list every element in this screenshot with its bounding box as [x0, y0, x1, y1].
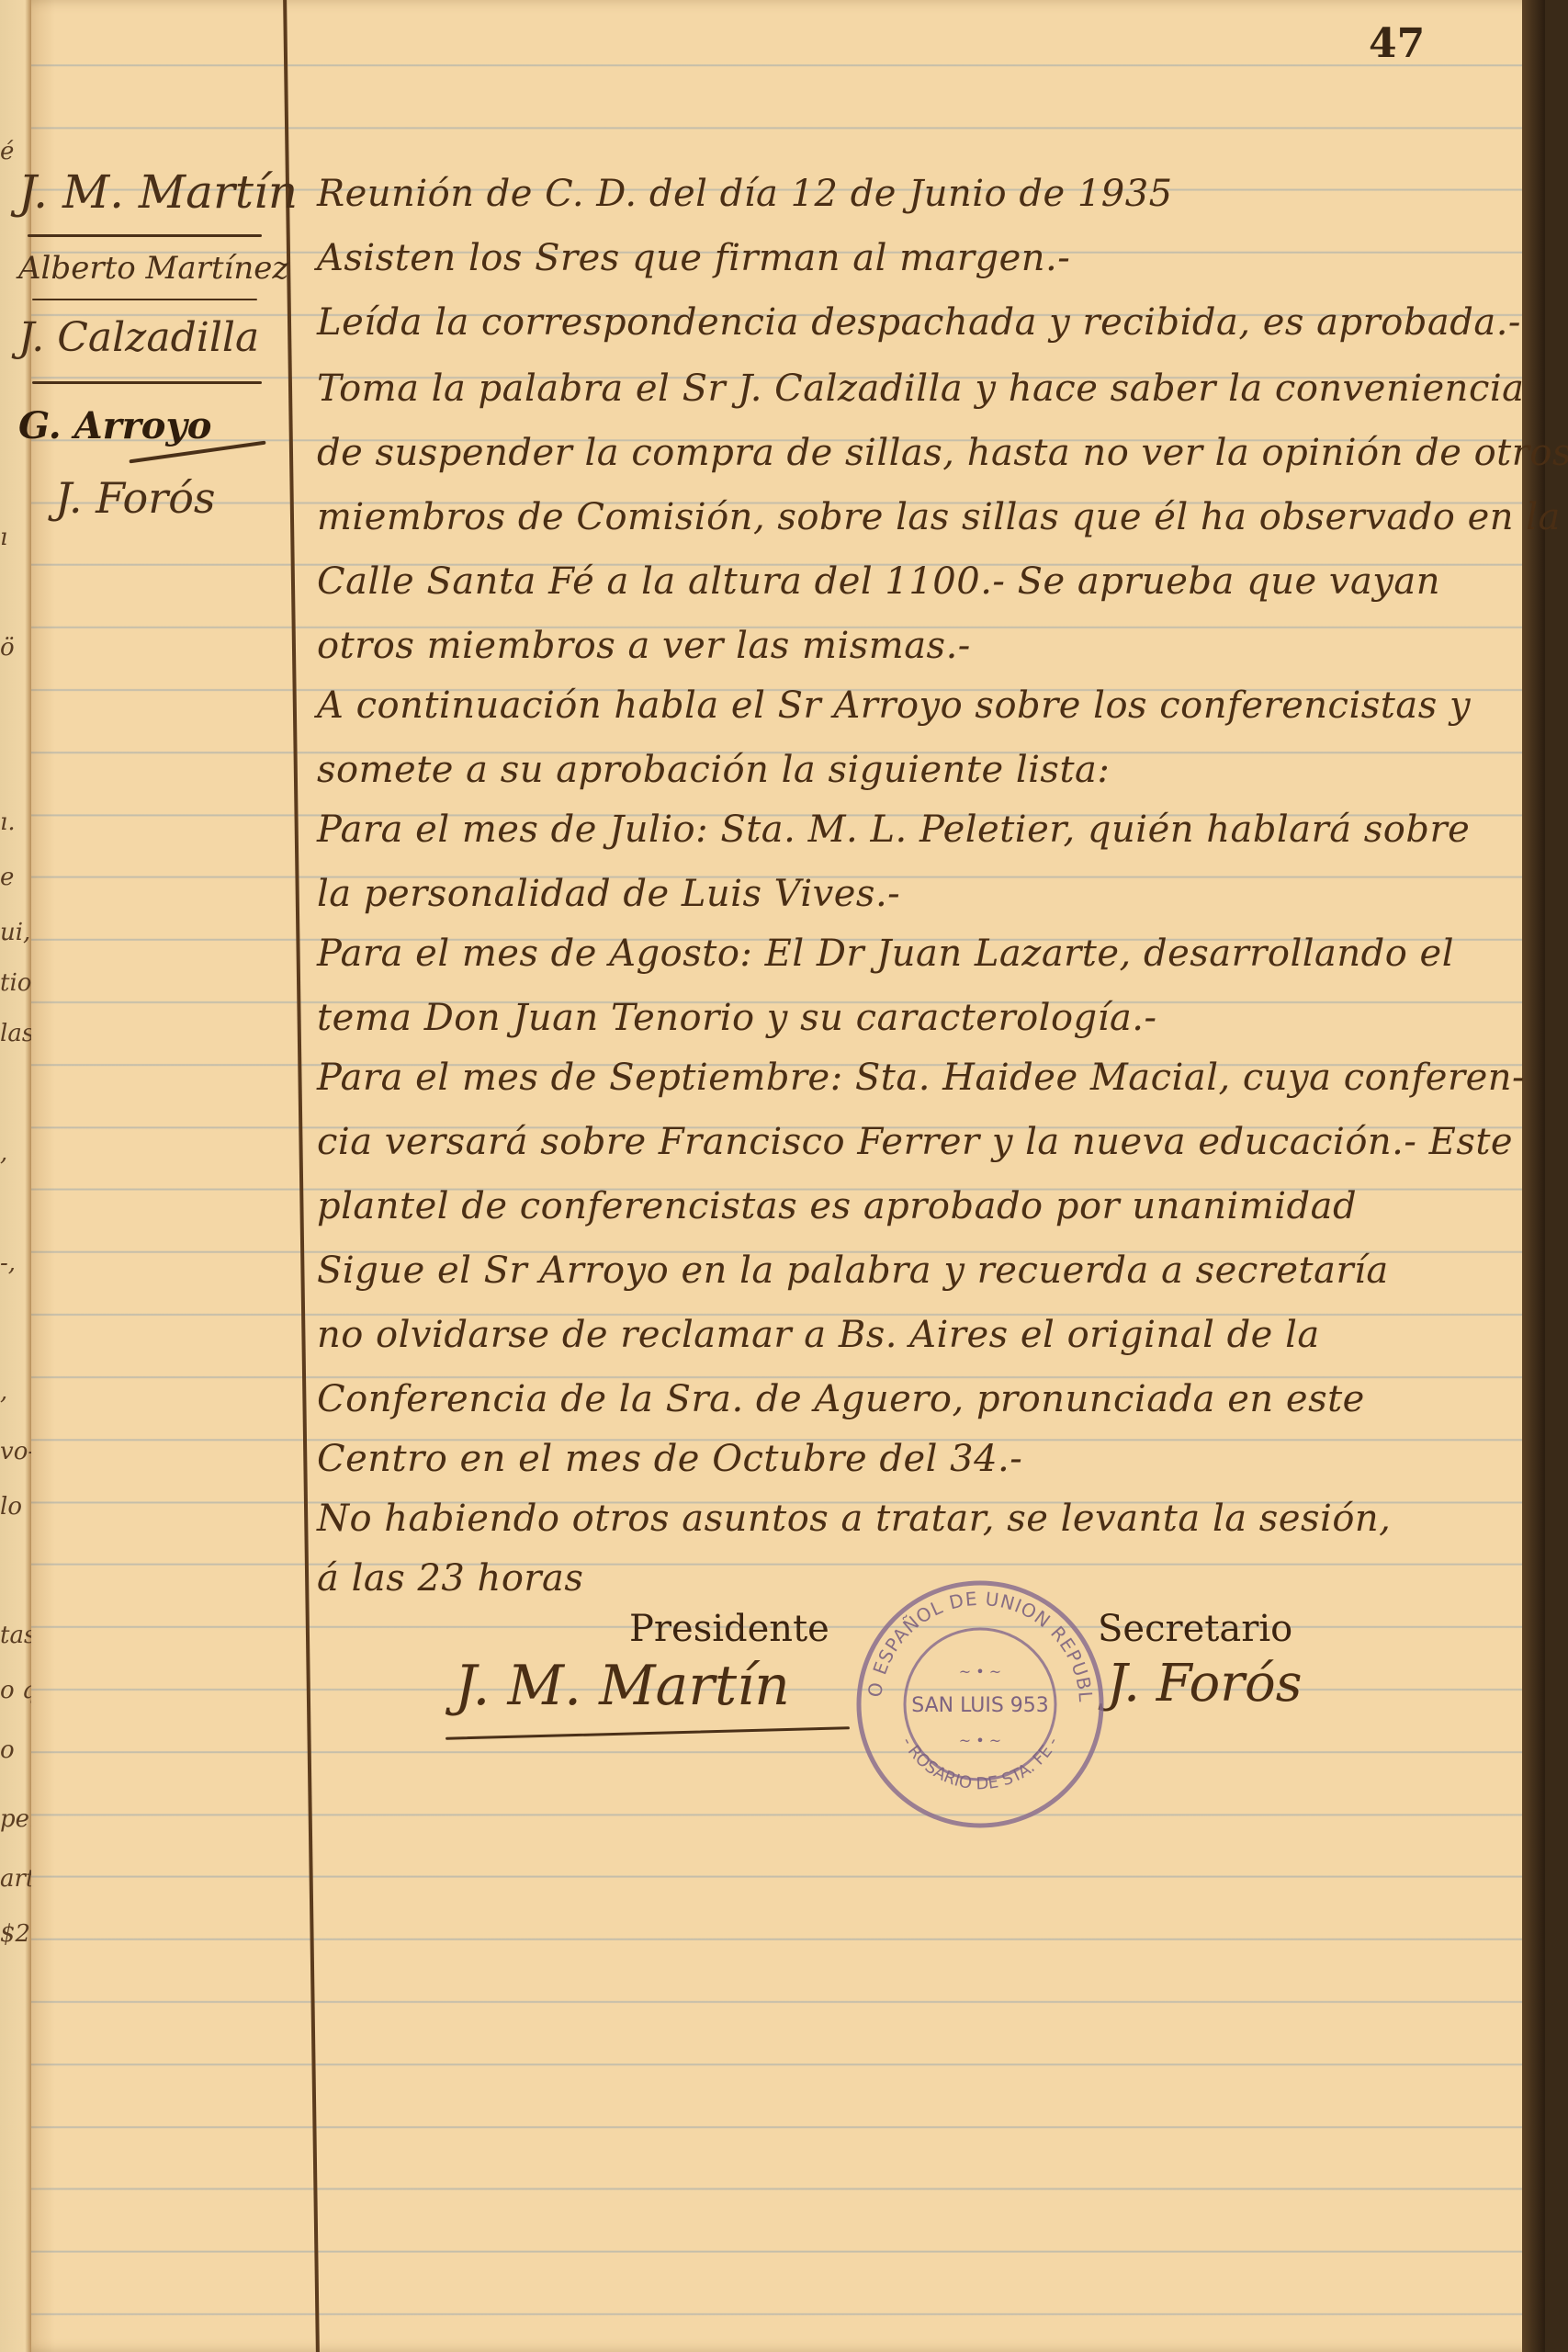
minutes-line: Para el mes de Julio: Sta. M. L. Peletie… [317, 808, 1470, 851]
secretary-label: Secretario [1098, 1608, 1292, 1650]
prev-page-fragment: pero [0, 1805, 31, 1833]
signature-flourish [32, 299, 257, 300]
stamp-seal-icon: CENTRO ESPAÑOL DE UNION REPUBLICANA - RO… [852, 1576, 1109, 1833]
minutes-line: Centro en el mes de Octubre del 34.- [317, 1438, 1022, 1480]
minutes-line: Asisten los Sres que firman al margen.- [317, 237, 1070, 279]
minutes-line: Para el mes de Septiembre: Sta. Haidee M… [317, 1057, 1525, 1099]
minutes-line: plantel de conferencistas es aprobado po… [317, 1185, 1357, 1227]
minutes-line: á las 23 horas [317, 1557, 583, 1600]
minutes-line: cia versará sobre Francisco Ferrer y la … [317, 1121, 1513, 1163]
stamp-center-text: SAN LUIS 953 [911, 1694, 1049, 1717]
prev-page-fragment: $2.60 [0, 1920, 31, 1948]
prev-page-fragment: o que [0, 1677, 31, 1704]
minutes-line: Conferencia de la Sra. de Aguero, pronun… [317, 1378, 1365, 1420]
prev-page-fragment: o [0, 1736, 15, 1764]
prev-page-fragment: lo [0, 1493, 22, 1521]
prev-page-fragment: tas [0, 1622, 31, 1649]
minutes-line: Toma la palabra el Sr J. Calzadilla y ha… [317, 367, 1524, 410]
secretary-signature: J. Forós [1107, 1654, 1302, 1713]
prev-page-fragment: ui, [0, 919, 30, 946]
minutes-line: Para el mes de Agosto: El Dr Juan Lazart… [317, 933, 1454, 975]
prev-page-fragment: las [0, 1020, 31, 1047]
prev-page-fragment: arta [0, 1865, 31, 1893]
stamp-top-text: CENTRO ESPAÑOL DE UNION REPUBLICANA [852, 1576, 1097, 1703]
minutes-line: No habiendo otros asuntos a tratar, se l… [317, 1498, 1391, 1540]
minutes-line: de suspender la compra de sillas, hasta … [317, 432, 1568, 474]
prev-page-fragment: ı. [0, 808, 16, 836]
prev-page-fragment: , [0, 1378, 7, 1406]
svg-text:~ • ~: ~ • ~ [959, 1732, 1001, 1749]
prev-page-fragment: ı [0, 524, 7, 551]
organization-stamp: CENTRO ESPAÑOL DE UNION REPUBLICANA - RO… [852, 1576, 1109, 1833]
president-label: Presidente [629, 1608, 829, 1650]
minutes-line: Leída la correspondencia despachada y re… [317, 301, 1521, 344]
president-signature: J. M. Martín [455, 1654, 790, 1718]
svg-text:CENTRO ESPAÑOL DE UNION REPUBL: CENTRO ESPAÑOL DE UNION REPUBLICANA [852, 1576, 1097, 1703]
minutes-line: miembros de Comisión, sobre las sillas q… [317, 496, 1561, 538]
margin-signature: J. M. Martín [18, 165, 266, 219]
prev-page-fragment: -, [0, 1249, 16, 1277]
minutes-line: Sigue el Sr Arroyo en la palabra y recue… [317, 1249, 1389, 1292]
minutes-line: la personalidad de Luis Vives.- [317, 873, 900, 915]
minutes-line: somete a su aprobación la siguiente list… [317, 749, 1110, 791]
minutes-line: no olvidarse de reclamar a Bs. Aires el … [317, 1314, 1320, 1356]
book-edge [1522, 0, 1545, 2352]
minutes-line: A continuación habla el Sr Arroyo sobre … [317, 684, 1471, 727]
prev-page-fragment: e [0, 864, 14, 891]
prev-page-fragment: vo- [0, 1438, 31, 1465]
margin-signature: J. Calzadilla [18, 314, 266, 361]
minutes-line: otros miembros a ver las mismas.- [317, 625, 971, 667]
minutes-line: tema Don Juan Tenorio y su caracterologí… [317, 997, 1157, 1039]
prev-page-fragment: ö [0, 634, 15, 661]
margin-rule [283, 0, 320, 2352]
margin-signature: Alberto Martínez [18, 250, 266, 287]
margin-signature: G. Arroyo [18, 404, 266, 447]
svg-text:~ • ~: ~ • ~ [959, 1663, 1001, 1680]
prev-page-fragment: , [0, 1139, 7, 1167]
margin-signature: J. Forós [55, 473, 303, 523]
page-number: 47 [1369, 20, 1425, 67]
prev-page-fragment: tio [0, 969, 31, 997]
signature-flourish [32, 381, 262, 384]
minutes-line: Reunión de C. D. del día 12 de Junio de … [317, 173, 1173, 215]
signature-flourish [28, 234, 262, 237]
minutes-line: Calle Santa Fé a la altura del 1100.- Se… [317, 560, 1440, 603]
prev-page-fragment: é [0, 138, 14, 165]
